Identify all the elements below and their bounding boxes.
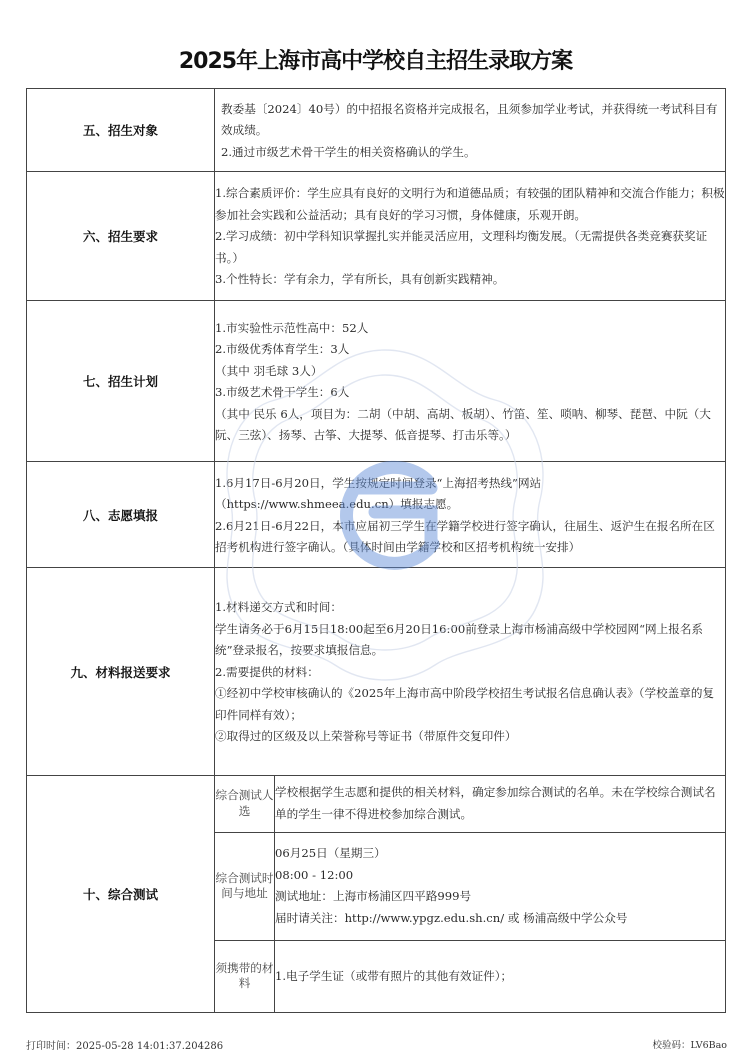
section-row-requirements: 六、招生要求 1.综合素质评价：学生应具有良好的文明行为和道德品质；有较强的团队… xyxy=(27,172,726,301)
section-body: 1.材料递交方式和时间： 学生请务必于6月15日18:00起至6月20日16:0… xyxy=(215,568,726,776)
subrow-body: 1.电子学生证（或带有照片的其他有效证件）； xyxy=(275,940,726,1012)
section-row-materials: 九、材料报送要求 1.材料递交方式和时间： 学生请务必于6月15日18:00起至… xyxy=(27,568,726,776)
body-line: 2.6月21日-6月22日，本市应届初三学生在学籍学校进行签字确认，往届生、返沪… xyxy=(215,516,725,559)
section-label: 六、招生要求 xyxy=(27,172,215,301)
section-label: 八、志愿填报 xyxy=(27,462,215,568)
section-body: 教委基〔2024〕40号）的中招报名资格并完成报名，且须参加学业考试，并获得统一… xyxy=(215,89,726,172)
section-row-comprehensive-test: 十、综合测试 综合测试人选 学校根据学生志愿和提供的相关材料，确定参加综合测试的… xyxy=(27,776,726,1013)
body-line: （https://www.shmeea.edu.cn）填报志愿。 xyxy=(215,494,725,516)
section-label: 十、综合测试 xyxy=(27,776,215,1013)
comprehensive-test-subtable: 综合测试人选 学校根据学生志愿和提供的相关材料，确定参加综合测试的名单。未在学校… xyxy=(215,776,725,1012)
section-body: 1.综合素质评价：学生应具有良好的文明行为和道德品质；有较强的团队精神和交流合作… xyxy=(215,172,726,301)
section-body: 综合测试人选 学校根据学生志愿和提供的相关材料，确定参加综合测试的名单。未在学校… xyxy=(215,776,726,1013)
body-line: 08:00 - 12:00 xyxy=(275,865,725,887)
body-line: ①经初中学校审核确认的《2025年上海市高中阶段学校招生考试报名信息确认表》（学… xyxy=(215,683,725,726)
body-line: 2.通过市级艺术骨干学生的相关资格确认的学生。 xyxy=(221,142,725,164)
subrow-body: 学校根据学生志愿和提供的相关材料，确定参加综合测试的名单。未在学校综合测试名单的… xyxy=(275,776,726,832)
checksum-label: 校验码： xyxy=(653,1040,691,1051)
body-line: 1.综合素质评价：学生应具有良好的文明行为和道德品质；有较强的团队精神和交流合作… xyxy=(215,183,725,226)
subrow-time-and-location: 综合测试时间与地址 06月25日（星期三） 08:00 - 12:00 测试地址… xyxy=(215,832,725,940)
subrow-label: 综合测试人选 xyxy=(215,776,275,832)
body-line: 测试地址：上海市杨浦区四平路999号 xyxy=(275,886,725,908)
section-body: 1.6月17日-6月20日，学生按规定时间登录“上海招考热线”网站 （https… xyxy=(215,462,726,568)
subrow-label: 综合测试时间与地址 xyxy=(215,832,275,940)
section-row-recruitment-target: 五、招生对象 教委基〔2024〕40号）的中招报名资格并完成报名，且须参加学业考… xyxy=(27,89,726,172)
section-row-enrollment-plan: 七、招生计划 1.市实验性示范性高中：52人 2.市级优秀体育学生：3人 （其中… xyxy=(27,301,726,462)
body-line: 学生请务必于6月15日18:00起至6月20日16:00前登录上海市杨浦高级中学… xyxy=(215,619,725,662)
subrow-required-items: 须携带的材料 1.电子学生证（或带有照片的其他有效证件）； xyxy=(215,940,725,1012)
section-body: 1.市实验性示范性高中：52人 2.市级优秀体育学生：3人 （其中 羽毛球 3人… xyxy=(215,301,726,462)
body-line: 3.市级艺术骨干学生：6人 xyxy=(215,382,725,404)
subrow-candidates: 综合测试人选 学校根据学生志愿和提供的相关材料，确定参加综合测试的名单。未在学校… xyxy=(215,776,725,832)
print-time-label: 打印时间： xyxy=(26,1041,76,1052)
body-line: 1.材料递交方式和时间： xyxy=(215,597,725,619)
page-title: 2025年上海市高中学校自主招生录取方案 xyxy=(0,44,751,75)
body-line: 06月25日（星期三） xyxy=(275,843,725,865)
checksum: 校验码：LV6Bao xyxy=(653,1037,727,1051)
body-line: 教委基〔2024〕40号）的中招报名资格并完成报名，且须参加学业考试，并获得统一… xyxy=(221,99,725,142)
section-row-application: 八、志愿填报 1.6月17日-6月20日，学生按规定时间登录“上海招考热线”网站… xyxy=(27,462,726,568)
body-line: 1.市实验性示范性高中：52人 xyxy=(215,318,725,340)
admission-plan-table: 五、招生对象 教委基〔2024〕40号）的中招报名资格并完成报名，且须参加学业考… xyxy=(26,88,726,1013)
body-line: 3.个性特长：学有余力，学有所长，具有创新实践精神。 xyxy=(215,269,725,291)
body-line: 2.学习成绩：初中学科知识掌握扎实并能灵活应用，文理科均衡发展。（无需提供各类竞… xyxy=(215,226,725,269)
subrow-body: 06月25日（星期三） 08:00 - 12:00 测试地址：上海市杨浦区四平路… xyxy=(275,832,726,940)
section-label: 九、材料报送要求 xyxy=(27,568,215,776)
body-line: 2.市级优秀体育学生：3人 xyxy=(215,339,725,361)
print-time-value: 2025-05-28 14:01:37.204286 xyxy=(76,1041,223,1052)
print-time: 打印时间：2025-05-28 14:01:37.204286 xyxy=(26,1037,223,1052)
body-line: （其中 羽毛球 3人） xyxy=(215,361,725,383)
body-line: （其中 民乐 6人，项目为：二胡（中胡、高胡、板胡）、竹笛、笙、唢呐、柳琴、琵琶… xyxy=(215,404,725,447)
body-line: 届时请关注：http://www.ypgz.edu.sh.cn/ 或 杨浦高级中… xyxy=(275,908,725,930)
section-label: 五、招生对象 xyxy=(27,89,215,172)
body-line: ②取得过的区级及以上荣誉称号等证书（带原件交复印件） xyxy=(215,726,725,748)
checksum-value: LV6Bao xyxy=(691,1040,727,1051)
body-line: 1.电子学生证（或带有照片的其他有效证件）； xyxy=(275,966,725,988)
section-label: 七、招生计划 xyxy=(27,301,215,462)
body-line: 学校根据学生志愿和提供的相关材料，确定参加综合测试的名单。未在学校综合测试名单的… xyxy=(275,782,725,825)
body-line: 2.需要提供的材料： xyxy=(215,662,725,684)
subrow-label: 须携带的材料 xyxy=(215,940,275,1012)
body-line: 1.6月17日-6月20日，学生按规定时间登录“上海招考热线”网站 xyxy=(215,473,725,495)
